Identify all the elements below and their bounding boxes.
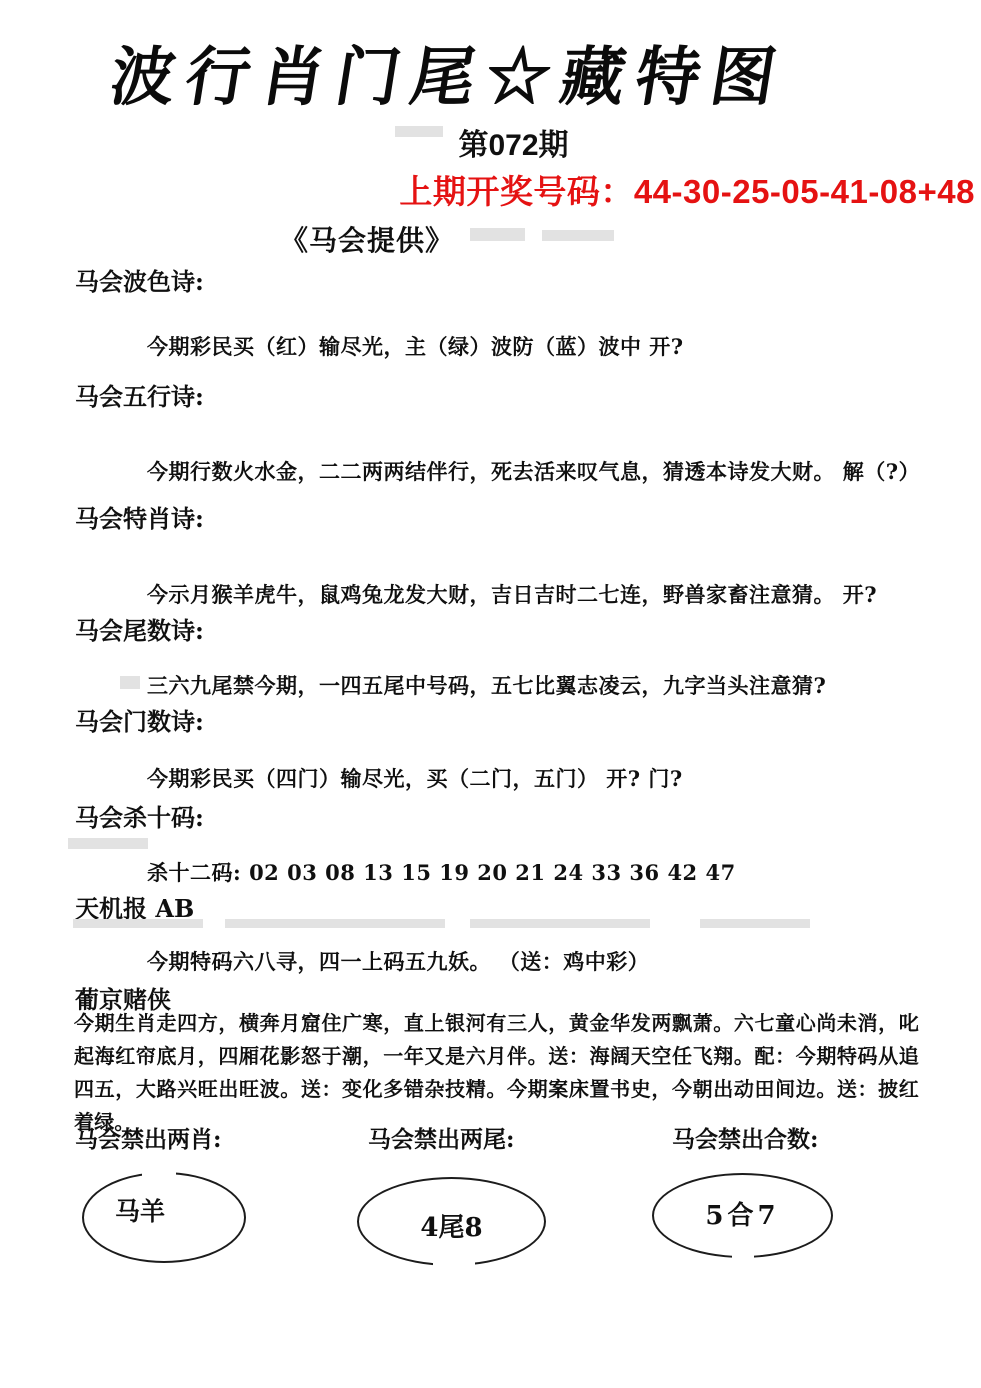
scan-smudge — [700, 919, 810, 928]
section-label-weishu: 马会尾数诗: — [75, 611, 204, 646]
section-label-bose: 马会波色诗: — [75, 262, 204, 297]
issue-number: 第072期 — [0, 120, 981, 164]
section-poem-texiao: 今示月猴羊虎牛，鼠鸡兔龙发大财，吉日吉时二七连，野兽家畜注意猜。 开? — [147, 579, 877, 609]
scan-smudge — [73, 919, 203, 928]
forbidden-tail-label: 马会禁出两尾: — [368, 1121, 515, 1154]
provider-heading: 《马会提供》 — [280, 219, 454, 259]
forbidden-tail-value: 4尾8 — [420, 1207, 482, 1244]
lottery-tip-sheet: 波行肖门尾☆藏特图 第072期 上期开奖号码：44-30-25-05-41-08… — [0, 0, 981, 1388]
pujing-text: 今期生肖走四方，横奔月窟住广寒，直上银河有三人，黄金华发两飘萧。六七童心尚未消，… — [74, 1007, 919, 1139]
scan-smudge — [395, 126, 443, 137]
forbidden-sum-oval: 5合7 — [652, 1173, 833, 1258]
forbidden-tail-oval: 4尾8 — [357, 1177, 546, 1266]
section-poem-wuxing: 今期行数火水金，二二两两结伴行，死去活来叹气息，猜透本诗发大财。 解（?） — [147, 456, 920, 486]
forbidden-zodiac-oval: 马羊 — [82, 1172, 246, 1263]
scan-smudge — [542, 230, 614, 241]
forbidden-sum-label: 马会禁出合数: — [672, 1121, 819, 1154]
oval-stroke-gap — [142, 1171, 176, 1180]
section-poem-bose: 今期彩民买（红）输尽光，主（绿）波防（蓝）波中 开? — [147, 331, 684, 361]
section-poem-tianji: 今期特码六八寻，四一上码五九妖。 （送：鸡中彩） — [147, 946, 649, 976]
section-poem-menshu: 今期彩民买（四门）输尽光，买（二门，五门） 开? 门? — [147, 763, 683, 793]
section-label-menshu: 马会门数诗: — [75, 702, 204, 737]
forbidden-zodiac-label: 马会禁出两肖: — [75, 1121, 222, 1154]
section-label-wuxing: 马会五行诗: — [75, 377, 204, 412]
scan-smudge — [470, 919, 650, 928]
oval-stroke-gap — [433, 1257, 475, 1267]
last-draw-numbers: 上期开奖号码：44-30-25-05-41-08+48 — [399, 166, 975, 213]
scan-smudge — [225, 919, 445, 928]
section-poem-weishu: 三六九尾禁今期，一四五尾中号码，五七比翼志凌云，九字当头注意猜? — [147, 670, 826, 700]
section-label-shama: 马会杀十码: — [75, 798, 204, 833]
section-poem-shama: 杀十二码: 02 03 08 13 15 19 20 21 24 33 36 4… — [147, 857, 736, 887]
scan-smudge — [470, 228, 525, 241]
scan-smudge — [120, 676, 140, 689]
page-title: 波行肖门尾☆藏特图 — [105, 26, 820, 118]
scan-smudge — [68, 838, 148, 849]
forbidden-sum-value: 5合7 — [705, 1195, 779, 1232]
forbidden-zodiac-value: 马羊 — [115, 1192, 165, 1228]
section-label-texiao: 马会特肖诗: — [75, 499, 204, 534]
oval-stroke-gap — [732, 1250, 754, 1259]
